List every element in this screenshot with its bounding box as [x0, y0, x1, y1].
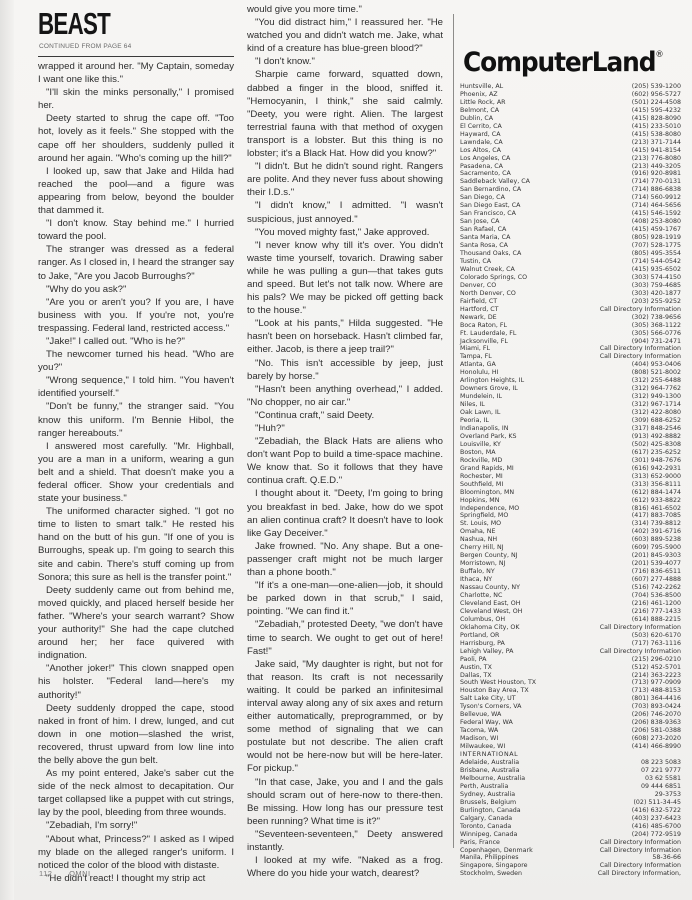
- story-paragraph: "Jake!" I called out. "Who is he?": [38, 335, 234, 348]
- store-phone: (617) 235-6252: [632, 449, 685, 457]
- store-location: Hopkins, MN: [460, 497, 499, 505]
- store-listing-row: Manila, Philippines58-36-66: [460, 854, 685, 862]
- computerland-logo: ComputerLand®: [463, 40, 667, 78]
- store-location: Charlotte, NC: [460, 592, 502, 600]
- story-paragraph: "Zebadiah, I'm sorry!": [38, 819, 234, 832]
- store-listing-row: San Diego East, CA(714) 464-5656: [460, 202, 685, 210]
- store-phone: (404) 953-0406: [632, 361, 685, 369]
- store-listing-row: Mundelein, IL(312) 949-1300: [460, 393, 685, 401]
- store-phone: (216) 461-1200: [632, 600, 685, 608]
- store-phone: (415) 935-6502: [632, 266, 685, 274]
- store-listing-row: Ithaca, NY(607) 277-4888: [460, 576, 685, 584]
- store-listing-row: Salt Lake City, UT(801) 364-4416: [460, 695, 685, 703]
- store-listing-row: Omaha, NE(402) 391-6716: [460, 528, 685, 536]
- store-listing-row: Tustin, CA(714) 544-0542: [460, 258, 685, 266]
- store-listing-row: Thousand Oaks, CA(805) 495-3554: [460, 250, 685, 258]
- store-location: Dublin, CA: [460, 115, 493, 123]
- story-paragraph: "If it's a one-man—one-alien—job, it sho…: [247, 579, 443, 618]
- store-listing-row: Morristown, NJ(201) 539-4077: [460, 560, 685, 568]
- store-listing-row: Sacramento, CA(916) 920-8981: [460, 170, 685, 178]
- store-location: Cleveland East, OH: [460, 600, 521, 608]
- store-phone: (314) 739-8812: [632, 520, 685, 528]
- store-listing-row: Arlington Heights, IL(312) 255-6488: [460, 377, 685, 385]
- store-location: Rochester, MI: [460, 473, 503, 481]
- store-listing-row: Tampa, FLCall Directory Information: [460, 353, 685, 361]
- story-paragraph: "I don't know.": [247, 55, 443, 68]
- store-location: Sacramento, CA: [460, 170, 511, 178]
- store-phone: (312) 967-1714: [632, 401, 685, 409]
- store-phone: (808) 521-8002: [632, 369, 685, 377]
- store-listing-row: Dallas, TX(214) 363-2223: [460, 672, 685, 680]
- store-phone: Call Directory Information: [600, 839, 685, 847]
- store-location: Oak Lawn, IL: [460, 409, 500, 417]
- store-location: San Diego East, CA: [460, 202, 520, 210]
- store-location: Perth, Australia: [460, 783, 508, 791]
- store-listing-row: Oak Lawn, IL(312) 422-8080: [460, 409, 685, 417]
- store-phone: (206) 838-9363: [632, 719, 685, 727]
- store-phone: (205) 539-1200: [632, 83, 685, 91]
- store-phone: (414) 466-8990: [632, 743, 685, 751]
- store-phone: Call Directory Information: [600, 648, 685, 656]
- store-location: Singapore, Singapore: [460, 862, 528, 870]
- story-paragraph: "Hasn't been anything overhead," I added…: [247, 383, 443, 409]
- store-phone: (213) 776-8080: [632, 155, 685, 163]
- store-listing-row: Santa Maria, CA(805) 928-1919: [460, 234, 685, 242]
- store-phone: (805) 495-3554: [632, 250, 685, 258]
- store-location: San Diego, CA: [460, 194, 505, 202]
- store-phone: (215) 296-0210: [632, 656, 685, 664]
- store-location: Winnipeg, Canada: [460, 831, 517, 839]
- store-listing-row: Ft. Lauderdale, FL(305) 566-0776: [460, 330, 685, 338]
- story-paragraph: "Don't be funny," the stranger said. "Yo…: [38, 400, 234, 439]
- store-listing-row: Perth, Australia09 444 6851: [460, 783, 685, 791]
- store-location: Fairfield, CT: [460, 298, 497, 306]
- store-listing-row: Toronto, Canada(416) 485-6700: [460, 823, 685, 831]
- store-listing-row: San Bernardino, CA(714) 886-6838: [460, 186, 685, 194]
- store-location: San Rafael, CA: [460, 226, 506, 234]
- store-phone: (312) 255-6488: [632, 377, 685, 385]
- story-paragraph: Jake said, "My daughter is right, but no…: [247, 658, 443, 776]
- magazine-page: BEAST CONTINUED FROM PAGE 64 wrapped it …: [0, 0, 692, 900]
- story-paragraph: I answered most carefully. "Mr. Highball…: [38, 440, 234, 505]
- story-paragraph: "Continua craft," said Deety.: [247, 409, 443, 422]
- store-listing-row: Independence, MO(816) 461-6502: [460, 505, 685, 513]
- store-listing-row: Atlanta, GA(404) 953-0406: [460, 361, 685, 369]
- store-phone: (312) 422-8080: [632, 409, 685, 417]
- store-phone: (214) 363-2223: [632, 672, 685, 680]
- store-location: Madison, WI: [460, 735, 498, 743]
- store-directory: Huntsville, AL(205) 539-1200Phoenix, AZ(…: [460, 83, 685, 878]
- store-location: Sydney, Australia: [460, 791, 515, 799]
- store-location: Portland, OR: [460, 632, 499, 640]
- store-phone: (816) 461-6502: [632, 505, 685, 513]
- store-location: Belmont, CA: [460, 107, 499, 115]
- store-location: Columbus, OH: [460, 616, 505, 624]
- store-phone: (201) 539-4077: [632, 560, 685, 568]
- store-location: Melbourne, Australia: [460, 775, 525, 783]
- store-phone: 08 223 5083: [641, 759, 685, 767]
- store-location: Downers Grove, IL: [460, 385, 518, 393]
- registered-trademark-icon: ®: [655, 50, 663, 60]
- store-phone: (913) 492-8882: [632, 433, 685, 441]
- store-listing-row: Hayward, CA(415) 538-8080: [460, 131, 685, 139]
- store-location: Little Rock, AR: [460, 99, 506, 107]
- store-location: Walnut Creek, CA: [460, 266, 515, 274]
- computerland-ad: ComputerLand® Huntsville, AL(205) 539-12…: [460, 40, 685, 878]
- store-listing-row: Hopkins, MN(612) 933-8822: [460, 497, 685, 505]
- store-phone: (607) 277-4888: [632, 576, 685, 584]
- store-phone: (612) 933-8822: [632, 497, 685, 505]
- store-listing-row: Harrisburg, PA(717) 763-1116: [460, 640, 685, 648]
- store-phone: (805) 928-1919: [632, 234, 685, 242]
- store-phone: Call Directory Information,: [598, 870, 685, 878]
- store-phone: (302) 738-9656: [632, 314, 685, 322]
- store-location: Phoenix, AZ: [460, 91, 498, 99]
- store-listing-row: Pasadena, CA(213) 449-3205: [460, 163, 685, 171]
- store-listing-row: Newark, DE(302) 738-9656: [460, 314, 685, 322]
- store-listing-row: Adelaide, Australia08 223 5083: [460, 759, 685, 767]
- story-paragraph: I thought about it. "Deety, I'm going to…: [247, 487, 443, 539]
- store-phone: (714) 770-0131: [632, 178, 685, 186]
- store-listing-row: Rockville, MD(301) 948-7676: [460, 457, 685, 465]
- store-location: Grand Rapids, MI: [460, 465, 514, 473]
- store-phone: (602) 956-5727: [632, 91, 685, 99]
- store-phone: (403) 237-6423: [632, 815, 685, 823]
- store-listing-row: Peoria, IL(309) 688-6252: [460, 417, 685, 425]
- store-location: Tyson's Corners, VA: [460, 703, 521, 711]
- store-listing-row: Singapore, SingaporeCall Directory Infor…: [460, 862, 685, 870]
- store-listing-row: Copenhagen, DenmarkCall Directory Inform…: [460, 847, 685, 855]
- store-listing-row: Colorado Springs, CO(303) 574-4150: [460, 274, 685, 282]
- store-listing-row: Paoli, PA(215) 296-0210: [460, 656, 685, 664]
- store-phone: Call Directory Information: [600, 306, 685, 314]
- store-location: South West Houston, TX: [460, 679, 536, 687]
- store-location: Dallas, TX: [460, 672, 492, 680]
- store-location: Manila, Philippines: [460, 854, 519, 862]
- store-phone: (716) 836-6511: [632, 568, 685, 576]
- store-phone: (216) 777-1433: [632, 608, 685, 616]
- story-column-left: wrapped it around her. "My Captain, some…: [38, 60, 234, 885]
- store-location: Omaha, NE: [460, 528, 496, 536]
- store-listing-row: Stockholm, SwedenCall Directory Informat…: [460, 870, 685, 878]
- store-location: Lawndale, CA: [460, 139, 503, 147]
- store-phone: (703) 893-0424: [632, 703, 685, 711]
- store-location: Calgary, Canada: [460, 815, 512, 823]
- store-location: Morristown, NJ: [460, 560, 505, 568]
- store-phone: (904) 731-2471: [632, 338, 685, 346]
- store-location: El Cerrito, CA: [460, 123, 502, 131]
- store-listing-row: Lawndale, CA(213) 371-7144: [460, 139, 685, 147]
- store-phone: (416) 485-6700: [632, 823, 685, 831]
- story-paragraph: "Zebadiah, the Black Hats are aliens who…: [247, 435, 443, 487]
- store-listing-row: Niles, IL(312) 967-1714: [460, 401, 685, 409]
- store-phone: Call Directory Information: [600, 624, 685, 632]
- store-listing-row: Sydney, Australia29-3753: [460, 791, 685, 799]
- store-listing-row: Houston Bay Area, TX(713) 488-8153: [460, 687, 685, 695]
- store-location: Austin, TX: [460, 664, 492, 672]
- store-location: Denver, CO: [460, 282, 496, 290]
- store-listing-row: Charlotte, NC(704) 536-8500: [460, 592, 685, 600]
- store-phone: (501) 224-4508: [632, 99, 685, 107]
- store-location: Toronto, Canada: [460, 823, 511, 831]
- store-listing-row: Boston, MA(617) 235-6252: [460, 449, 685, 457]
- store-listing-row: Madison, WI(608) 273-2020: [460, 735, 685, 743]
- store-listing-row: Little Rock, AR(501) 224-4508: [460, 99, 685, 107]
- story-paragraph: "I never know why till it's over. You di…: [247, 239, 443, 318]
- store-phone: (02) 511-34-45: [633, 799, 685, 807]
- story-column-middle: would give you more time.""You did distr…: [247, 3, 443, 880]
- store-phone: (714) 560-9912: [632, 194, 685, 202]
- store-listing-row: Miami, FLCall Directory Information: [460, 345, 685, 353]
- store-phone: (213) 449-3205: [632, 163, 685, 171]
- store-listing-row: Buffalo, NY(716) 836-6511: [460, 568, 685, 576]
- store-listing-row: Milwaukee, WI(414) 466-8990: [460, 743, 685, 751]
- store-location: Federal Way, WA: [460, 719, 513, 727]
- story-paragraph: "Why do you ask?": [38, 283, 234, 296]
- store-phone: (415) 233-5010: [632, 123, 685, 131]
- store-phone: (213) 371-7144: [632, 139, 685, 147]
- store-listing-row: Cleveland West, OH(216) 777-1433: [460, 608, 685, 616]
- store-location: Lehigh Valley, PA: [460, 648, 513, 656]
- store-listing-row: Nassau County, NY(516) 742-2262: [460, 584, 685, 592]
- store-phone: 58-36-66: [652, 854, 685, 862]
- directory-section-header: INTERNATIONAL: [460, 751, 685, 759]
- store-phone: Call Directory Information: [600, 862, 685, 870]
- store-listing-row: Louisville, KY(502) 425-8308: [460, 441, 685, 449]
- store-phone: (415) 546-1592: [632, 210, 685, 218]
- store-location: San Francisco, CA: [460, 210, 516, 218]
- store-phone: (303) 759-4685: [632, 282, 685, 290]
- story-paragraph: "You moved mighty fast," Jake approved.: [247, 226, 443, 239]
- store-phone: (415) 828-8090: [632, 115, 685, 123]
- store-listing-row: Hartford, CTCall Directory Information: [460, 306, 685, 314]
- store-location: Springfield, MO: [460, 512, 508, 520]
- store-location: Thousand Oaks, CA: [460, 250, 521, 258]
- store-listing-row: San Diego, CA(714) 560-9912: [460, 194, 685, 202]
- store-listing-row: Fairfield, CT(203) 255-9252: [460, 298, 685, 306]
- store-phone: (502) 425-8308: [632, 441, 685, 449]
- store-location: Burlington, Canada: [460, 807, 521, 815]
- store-location: Indianapolis, IN: [460, 425, 509, 433]
- store-listing-row: Jacksonville, FL(904) 731-2471: [460, 338, 685, 346]
- store-location: Salt Lake City, UT: [460, 695, 516, 703]
- store-phone: Call Directory Information: [600, 345, 685, 353]
- story-paragraph: Deety suddenly dropped the cape, stood n…: [38, 702, 234, 767]
- story-paragraph: "In that case, Jake, you and I and the g…: [247, 776, 443, 828]
- store-location: San Bernardino, CA: [460, 186, 521, 194]
- store-phone: (201) 845-9303: [632, 552, 685, 560]
- store-listing-row: Tacoma, WA(206) 581-0388: [460, 727, 685, 735]
- store-phone: (801) 364-4416: [632, 695, 685, 703]
- store-listing-row: Belmont, CA(415) 595-4232: [460, 107, 685, 115]
- story-paragraph: Deety suddenly came out from behind me, …: [38, 584, 234, 663]
- store-phone: (707) 528-1775: [632, 242, 685, 250]
- store-listing-row: Santa Rosa, CA(707) 528-1775: [460, 242, 685, 250]
- story-paragraph: "Another joker!" This clown snapped open…: [38, 662, 234, 701]
- store-listing-row: Cherry Hill, NJ(609) 795-5900: [460, 544, 685, 552]
- store-location: Paris, France: [460, 839, 500, 847]
- store-location: Santa Rosa, CA: [460, 242, 508, 250]
- store-phone: (416) 632-5722: [632, 807, 685, 815]
- store-listing-row: Overland Park, KS(913) 492-8882: [460, 433, 685, 441]
- store-phone: (305) 368-1122: [632, 322, 685, 330]
- story-paragraph: "Wrong sequence," I told him. "You haven…: [38, 374, 234, 400]
- store-listing-row: Denver, CO(303) 759-4685: [460, 282, 685, 290]
- publication-name: OMNI: [69, 869, 91, 878]
- story-paragraph: The uniformed character sighed. "I got n…: [38, 505, 234, 584]
- store-location: Peoria, IL: [460, 417, 489, 425]
- story-paragraph: "I didn't know," I admitted. "I wasn't s…: [247, 199, 443, 225]
- store-listing-row: Brussels, Belgium(02) 511-34-45: [460, 799, 685, 807]
- page-number: 112: [39, 869, 52, 878]
- store-phone: (312) 964-7762: [632, 385, 685, 393]
- store-listing-row: Bloomington, MN(612) 884-1474: [460, 489, 685, 497]
- store-location: Rockville, MD: [460, 457, 502, 465]
- story-paragraph: The stranger was dressed as a federal ra…: [38, 243, 234, 282]
- store-listing-row: Paris, FranceCall Directory Information: [460, 839, 685, 847]
- store-phone: (608) 273-2020: [632, 735, 685, 743]
- store-location: St. Louis, MO: [460, 520, 501, 528]
- store-phone: (206) 746-2070: [632, 711, 685, 719]
- store-location: San Jose, CA: [460, 218, 499, 226]
- store-location: Buffalo, NY: [460, 568, 495, 576]
- story-paragraph: "About what, Princess?" I asked as I wip…: [38, 833, 234, 872]
- store-phone: (317) 848-2546: [632, 425, 685, 433]
- store-listing-row: Brisbane, Australia07 221 9777: [460, 767, 685, 775]
- store-phone: (303) 420-1877: [632, 290, 685, 298]
- store-listing-row: Downers Grove, IL(312) 964-7762: [460, 385, 685, 393]
- store-phone: (612) 884-1474: [632, 489, 685, 497]
- store-location: Huntsville, AL: [460, 83, 503, 91]
- store-phone: (312) 949-1300: [632, 393, 685, 401]
- store-location: Miami, FL: [460, 345, 490, 353]
- story-paragraph: I looked at my wife. "Naked as a frog. W…: [247, 854, 443, 880]
- story-paragraph: "Zebadiah," protested Deety, "we don't h…: [247, 618, 443, 657]
- store-phone: (301) 948-7676: [632, 457, 685, 465]
- store-listing-row: Indianapolis, IN(317) 848-2546: [460, 425, 685, 433]
- story-paragraph: Sharpie came forward, squatted down, dab…: [247, 68, 443, 160]
- store-listing-row: Calgary, Canada(403) 237-6423: [460, 815, 685, 823]
- store-listing-row: Los Altos, CA(415) 941-8154: [460, 147, 685, 155]
- store-listing-row: Austin, TX(512) 452-5701: [460, 664, 685, 672]
- store-location: Bloomington, MN: [460, 489, 514, 497]
- store-phone: (303) 574-4150: [632, 274, 685, 282]
- store-listing-row: Oklahoma City, OKCall Directory Informat…: [460, 624, 685, 632]
- store-phone: (714) 464-5656: [632, 202, 685, 210]
- store-location: Nashua, NH: [460, 536, 497, 544]
- store-listing-row: Tyson's Corners, VA(703) 893-0424: [460, 703, 685, 711]
- store-location: Brussels, Belgium: [460, 799, 516, 807]
- store-location: Overland Park, KS: [460, 433, 516, 441]
- store-location: Copenhagen, Denmark: [460, 847, 533, 855]
- store-phone: (415) 459-1767: [632, 226, 685, 234]
- store-listing-row: Bellevue, WA(206) 746-2070: [460, 711, 685, 719]
- store-listing-row: Dublin, CA(415) 828-8090: [460, 115, 685, 123]
- store-listing-row: Boca Raton, FL(305) 368-1122: [460, 322, 685, 330]
- store-location: Oklahoma City, OK: [460, 624, 519, 632]
- store-phone: Call Directory Information: [600, 847, 685, 855]
- store-listing-row: Saddleback Valley, CA(714) 770-0131: [460, 178, 685, 186]
- store-phone: (713) 488-8153: [632, 687, 685, 695]
- story-paragraph: "Look at his pants," Hilda suggested. "H…: [247, 317, 443, 356]
- store-listing-row: Rochester, MI(313) 652-9000: [460, 473, 685, 481]
- store-listing-row: St. Louis, MO(314) 739-8812: [460, 520, 685, 528]
- store-location: Tustin, CA: [460, 258, 491, 266]
- story-paragraph: The newcomer turned his head. "Who are y…: [38, 348, 234, 374]
- store-listing-row: San Rafael, CA(415) 459-1767: [460, 226, 685, 234]
- store-location: Atlanta, GA: [460, 361, 496, 369]
- store-listing-row: Grand Rapids, MI(616) 942-2931: [460, 465, 685, 473]
- store-phone: 07 221 9777: [641, 767, 685, 775]
- store-listing-row: Walnut Creek, CA(415) 935-6502: [460, 266, 685, 274]
- store-listing-row: Cleveland East, OH(216) 461-1200: [460, 600, 685, 608]
- store-phone: (714) 544-0542: [632, 258, 685, 266]
- store-location: Bergen County, NJ: [460, 552, 518, 560]
- store-listing-row: Nashua, NH(603) 889-5238: [460, 536, 685, 544]
- store-phone: (203) 255-9252: [632, 298, 685, 306]
- store-listing-row: El Cerrito, CA(415) 233-5010: [460, 123, 685, 131]
- store-phone: (206) 581-0388: [632, 727, 685, 735]
- store-listing-row: Burlington, Canada(416) 632-5722: [460, 807, 685, 815]
- store-phone: (717) 763-1116: [632, 640, 685, 648]
- store-phone: (516) 742-2262: [632, 584, 685, 592]
- store-location: INTERNATIONAL: [460, 751, 518, 759]
- store-location: Paoli, PA: [460, 656, 486, 664]
- store-phone: (704) 536-8500: [632, 592, 685, 600]
- story-paragraph: Jake frowned. "No. Any shape. But a one-…: [247, 540, 443, 579]
- story-paragraph: Deety started to shrug the cape off. "To…: [38, 112, 234, 164]
- store-listing-row: Phoenix, AZ(602) 956-5727: [460, 91, 685, 99]
- store-location: Cherry Hill, NJ: [460, 544, 504, 552]
- store-location: Louisville, KY: [460, 441, 501, 449]
- store-listing-row: San Jose, CA(408) 253-8080: [460, 218, 685, 226]
- store-phone: (408) 253-8080: [632, 218, 685, 226]
- store-location: Tacoma, WA: [460, 727, 498, 735]
- store-location: Los Altos, CA: [460, 147, 501, 155]
- store-location: Harrisburg, PA: [460, 640, 505, 648]
- store-phone: (415) 595-4232: [632, 107, 685, 115]
- store-phone: (415) 538-8080: [632, 131, 685, 139]
- store-location: North Denver, CO: [460, 290, 516, 298]
- page-folio: 112 OMNI: [39, 869, 105, 878]
- store-listing-row: San Francisco, CA(415) 546-1592: [460, 210, 685, 218]
- story-paragraph: I looked up, saw that Jake and Hilda had…: [38, 165, 234, 217]
- store-location: Los Angeles, CA: [460, 155, 510, 163]
- store-location: Houston Bay Area, TX: [460, 687, 529, 695]
- story-paragraph: "I'll skin the minks personally," I prom…: [38, 86, 234, 112]
- store-listing-row: Huntsville, AL(205) 539-1200: [460, 83, 685, 91]
- store-location: Ft. Lauderdale, FL: [460, 330, 516, 338]
- store-phone: (616) 942-2931: [632, 465, 685, 473]
- store-location: Jacksonville, FL: [460, 338, 508, 346]
- store-phone: [681, 751, 685, 759]
- store-location: Saddleback Valley, CA: [460, 178, 530, 186]
- store-phone: (204) 772-9519: [632, 831, 685, 839]
- store-location: Santa Maria, CA: [460, 234, 510, 242]
- store-phone: (305) 566-0776: [632, 330, 685, 338]
- binding-gutter-shadow: [0, 0, 14, 900]
- store-location: Ithaca, NY: [460, 576, 492, 584]
- store-listing-row: South West Houston, TX(713) 977-0909: [460, 679, 685, 687]
- store-phone: (614) 888-2215: [632, 616, 685, 624]
- store-listing-row: Los Angeles, CA(213) 776-8080: [460, 155, 685, 163]
- store-phone: (503) 620-6170: [632, 632, 685, 640]
- store-location: Stockholm, Sweden: [460, 870, 522, 878]
- store-location: Niles, IL: [460, 401, 485, 409]
- store-phone: (309) 688-6252: [632, 417, 685, 425]
- store-phone: (415) 941-8154: [632, 147, 685, 155]
- story-paragraph: "You did distract him," I reassured her.…: [247, 16, 443, 55]
